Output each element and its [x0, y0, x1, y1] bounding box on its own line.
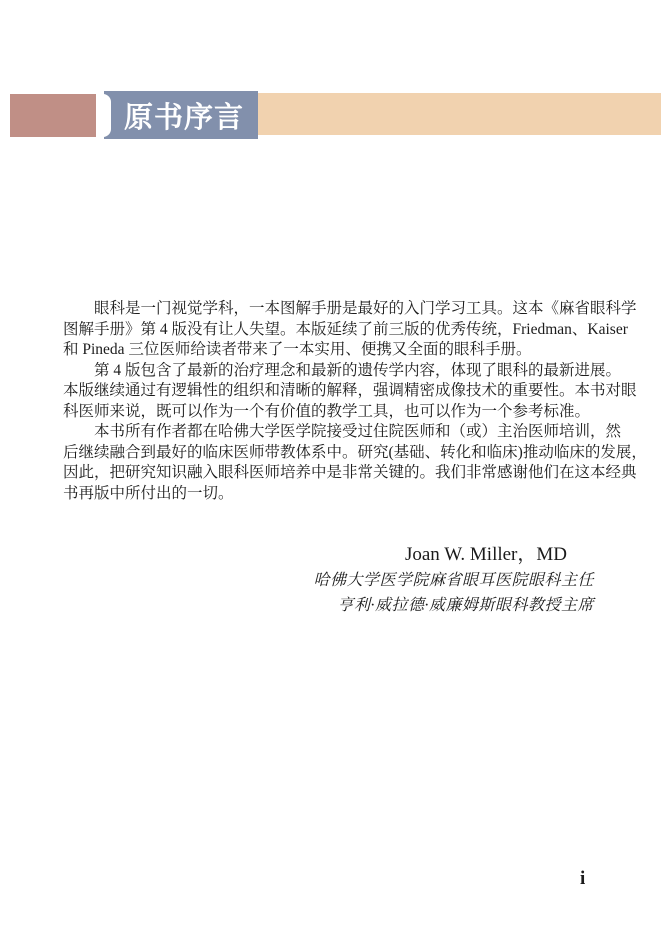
- text-line: 本书所有作者都在哈佛大学医学院接受过住院医师和（或）主治医师培训，然: [63, 422, 608, 443]
- text-line: 因此，把研究知识融入眼科医师培养中是非常关键的。我们非常感谢他们在这本经典: [63, 463, 608, 484]
- paragraph: 本书所有作者都在哈佛大学医学院接受过住院医师和（或）主治医师培训，然后继续融合到…: [63, 422, 608, 504]
- header-peach-bar: [258, 93, 661, 135]
- text-line: 本版继续通过有逻辑性的组织和清晰的解释，强调精密成像技术的重要性。本书对眼: [63, 381, 608, 402]
- book-page: { "header": { "title": "原书序言", "colors":…: [0, 0, 661, 925]
- text-line: 第 4 版包含了最新的治疗理念和最新的遗传学内容，体现了眼科的最新进展。: [63, 361, 608, 382]
- signature-title-line-1: 哈佛大学医学院麻省眼耳医院眼科主任: [274, 568, 594, 593]
- page-number: i: [580, 868, 585, 890]
- text-line: 眼科是一门视觉学科，一本图解手册是最好的入门学习工具。这本《麻省眼科学: [63, 299, 608, 320]
- text-line: 后继续融合到最好的临床医师带教体系中。研究(基础、转化和临床)推动临床的发展，: [63, 443, 608, 464]
- paragraph: 眼科是一门视觉学科，一本图解手册是最好的入门学习工具。这本《麻省眼科学图解手册》…: [63, 299, 608, 361]
- header-mauve-block: [10, 94, 96, 137]
- text-line: 和 Pineda 三位医师给读者带来了一本实用、便携又全面的眼科手册。: [63, 340, 608, 361]
- signature-title-line-2: 亨利·威拉德·威廉姆斯眼科教授主席: [274, 593, 594, 618]
- page-title: 原书序言: [118, 95, 244, 136]
- text-line: 科医师来说，既可以作为一个有价值的教学工具，也可以作为一个参考标准。: [63, 402, 608, 423]
- signature-name: Joan W. Miller，MD: [274, 542, 594, 568]
- preface-paragraphs: 眼科是一门视觉学科，一本图解手册是最好的入门学习工具。这本《麻省眼科学图解手册》…: [63, 299, 608, 504]
- header-title-box: 原书序言: [104, 91, 258, 139]
- signature-block: Joan W. Miller，MD 哈佛大学医学院麻省眼耳医院眼科主任 亨利·威…: [274, 542, 594, 618]
- text-line: 图解手册》第 4 版没有让人失望。本版延续了前三版的优秀传统，Friedman、…: [63, 320, 608, 341]
- paragraph: 第 4 版包含了最新的治疗理念和最新的遗传学内容，体现了眼科的最新进展。本版继续…: [63, 361, 608, 423]
- chapter-header-band: 原书序言: [0, 91, 661, 139]
- header-white-notch: [96, 94, 111, 137]
- text-line: 书再版中所付出的一切。: [63, 484, 608, 505]
